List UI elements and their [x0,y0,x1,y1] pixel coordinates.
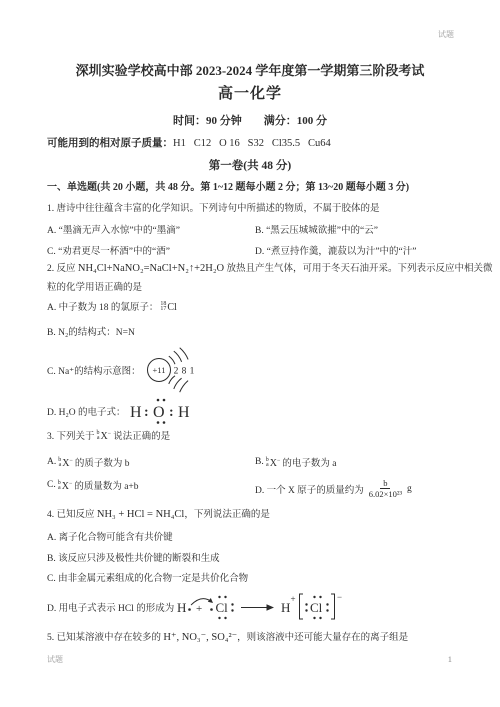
q1-option-a: A. “墨滴无声入水惊”中的“墨滴” [47,222,255,236]
q3-option-a-label: A. [47,457,56,467]
ion-charge: − [108,431,111,437]
exam-subject: 高一化学 [0,88,500,101]
lone-pair-dot [225,596,227,598]
q1-option-b: B. “黑云压城城欲摧”中的“云” [255,222,378,236]
h-ion: H [281,600,290,615]
atomic-masses-values: H1 C12 O 16 S32 Cl35.5 Cu64 [173,138,331,149]
lone-pair-dot [225,617,227,619]
element-symbol: X [62,481,69,492]
atomic-number: 17 [160,307,166,313]
x-nuclide-symbol: ba X − [97,431,112,442]
q3-stem-post: 说法正确的是 [113,428,170,442]
arrowhead [267,604,275,610]
atomic-number: a [58,486,61,492]
q3-option-b-text: 的电子数为 a [282,455,336,469]
lone-pair-dot [327,603,329,605]
lone-pair-dot [219,596,221,598]
h-atom: H [177,600,186,615]
ion-charge: − [69,481,72,487]
q3-option-a-text: 的质子数为 b [75,455,130,469]
q3-stem-pre: 3. 下列关于 [47,428,95,442]
q3-option-b: B. ba X − 的电子数为 a [255,455,336,469]
q2-option-a-text: A. 中子数为 18 的氯原子： [47,299,158,313]
nucleus-charge: +11 [152,365,165,375]
lone-pair-dot [306,609,308,611]
q2-stem-pre: 2. 反应 [47,264,78,274]
x-nuclide-symbol: ba X − [266,458,281,469]
fraction-denominator: 6.02×10²³ [367,489,404,499]
q3-stem: 3. 下列关于 ba X − 说法正确的是 [47,428,170,442]
lone-pair-dot [314,596,316,598]
element-symbol: X [62,458,69,469]
footer-watermark: 试题 [47,655,63,665]
q1-option-d: D. “煮豆持作羹，漉菽以为汁”中的“汁” [255,243,416,257]
nuclide-numbers: ba [58,481,61,492]
q5-stem-post: ，则该溶液中还可能大量存在的离子组是 [237,633,408,643]
lone-pair-dot [327,609,329,611]
q2-option-d: D. H₂O 的电子式： H : O : H [47,396,193,426]
ion-charge: − [337,592,342,602]
section-title: 一、单选题(共 20 小题，共 48 分。第 1~12 题每小题 2 分；第 1… [47,181,409,194]
lone-pair-dot [219,617,221,619]
q3-option-d: D. 一个 X 原子的质量约为 b 6.02×10²³ g [255,478,412,499]
q5-ions-formula: H⁺, NO₃⁻, SO₄²⁻ [163,632,237,643]
q2-stem-post: 放热且产生气体，可用于冬天石油开采。下列表示反应中相关微 [224,264,492,274]
watermark-top: 试题 [438,30,454,40]
h-atom-right: H [178,404,190,421]
o-atom: O [153,404,165,421]
arrowhead [208,598,213,603]
q3-option-a: A. ba X − 的质子数为 b [47,455,255,469]
nuclide-numbers: 1817 [160,302,166,313]
x-nuclide-symbol: ba X − [58,481,73,492]
lone-pair-dot [156,399,159,402]
shell-arc [168,376,174,384]
h-ion-charge: + [291,594,296,604]
q4-reaction-formula: NH₃ + HCl = NH₄Cl [97,509,184,520]
water-electron-formula: H : O : H [129,396,193,426]
q4-stem: 4. 已知反应 NH₃ + HCl = NH₄Cl，下列说法正确的是 [47,508,270,522]
volume-title: 第一卷(共 48 分) [0,160,500,173]
element-symbol: X [101,431,108,442]
page-number: 1 [448,654,452,664]
q5-stem: 5. 已知某溶液中存在较多的 H⁺, NO₃⁻, SO₄²⁻，则该溶液中还可能大… [47,631,408,645]
fraction-numerator: b [380,478,390,489]
q2-option-b: B. N₂的结构式：N=N [47,327,135,340]
plus-sign: + [196,603,202,615]
q5-stem-pre: 5. 已知某溶液中存在较多的 [47,633,163,643]
h-atom-left: H [130,404,142,421]
hcl-formation-electron-formula: H + Cl H + Cl [177,591,347,623]
q2-option-c-text: C. Na⁺的结构示意图： [47,363,141,377]
ion-charge: − [277,458,280,464]
lone-pair-dot [320,617,322,619]
shell2-electrons: 8 [181,367,186,377]
q3-option-d-text: D. 一个 X 原子的质量约为 [255,482,364,496]
q4-option-a: A. 离子化合物可能含有共价键 [47,532,173,545]
time-score-line: 时间：90 分钟 满分：100 分 [0,115,500,128]
shell3-electrons: 1 [189,367,194,377]
bond-pair-left: : [144,405,149,420]
x-nuclide-symbol: ba X − [58,458,73,469]
lone-pair-dot [162,421,165,424]
ion-charge: − [69,458,72,464]
atomic-number: a [97,436,100,442]
shell-arc [179,381,187,393]
q2-stem-line2: 粒的化学用语正确的是 [47,282,142,295]
q3-option-c-label: C. [47,480,56,490]
q1-options-cd: C. “劝君更尽一杯酒”中的“酒”D. “煮豆持作羹，漉菽以为汁”中的“汁” [47,243,477,257]
element-symbol: Cl [167,302,176,313]
shell-arc [173,351,181,362]
lone-pair-dot [232,609,234,611]
cl-electron-dot [210,608,213,611]
q3-options-ab: A. ba X − 的质子数为 b B. ba X − 的电子数为 a [47,455,477,469]
atomic-masses-line: 可能用到的相对原子质量：H1 C12 O 16 S32 Cl35.5 Cu64 [47,137,331,151]
shell-arc [168,356,174,364]
bond-pair-right: : [169,405,174,420]
q2-option-d-text: D. H₂O 的电子式： [47,404,126,418]
lone-pair-dot [162,399,165,402]
left-bracket [300,594,304,619]
shell-arc [173,378,181,389]
q2-stem-line1: 2. 反应 NH₄Cl+NaNO₂=NaCl+N₂↑+2H₂O 放热且产生气体，… [47,262,493,276]
q1-stem: 1. 唐诗中往往蕴含丰富的化学知识。下列诗句中所描述的物质，不属于胶体的是 [47,203,380,216]
element-symbol: X [270,458,277,469]
nuclide-numbers: ba [266,458,269,469]
cl-ion: Cl [310,600,323,615]
lone-pair-dot [156,421,159,424]
atomic-masses-label: 可能用到的相对原子质量： [47,138,173,149]
q3-option-c-text: 的质量数为 a+b [74,478,138,492]
shell1-electrons: 2 [173,367,178,377]
right-bracket [331,594,335,619]
atomic-number: a [266,463,269,469]
q3-options-cd: C. ba X − 的质量数为 a+b D. 一个 X 原子的质量约为 b 6.… [47,478,477,499]
chlorine-nuclide-symbol: 1817 Cl [160,302,176,313]
q4-option-b: B. 该反应只涉及极性共价键的断裂和生成 [47,553,220,566]
q4-option-d-text: D. 用电子式表示 HCl 的形成为 [47,600,174,614]
q3-option-c: C. ba X − 的质量数为 a+b [47,478,255,492]
h-electron-dot [188,608,191,611]
q2-option-c: C. Na⁺的结构示意图： +11 2 8 1 [47,347,198,393]
atomic-number: a [59,463,62,469]
shell-arc [179,348,187,360]
lone-pair-dot [306,603,308,605]
exam-title: 深圳实验学校高中部 2023-2024 学年度第一学期第三阶段考试 [0,64,500,77]
q3-option-b-label: B. [255,457,264,467]
lone-pair-dot [314,617,316,619]
q1-option-c: C. “劝君更尽一杯酒”中的“酒” [47,243,255,257]
q4-stem-pre: 4. 已知反应 [47,510,97,520]
mass-fraction: b 6.02×10²³ [367,478,404,499]
q2-reaction-formula: NH₄Cl+NaNO₂=NaCl+N₂↑+2H₂O [78,263,224,274]
atomic-structure-diagram: +11 2 8 1 [144,347,198,393]
lone-pair-dot [320,596,322,598]
nuclide-numbers: ba [58,458,61,469]
q4-option-d: D. 用电子式表示 HCl 的形成为 H + Cl H + Cl [47,590,347,624]
q4-stem-post: ，下列说法正确的是 [184,510,270,520]
lone-pair-dot [232,603,234,605]
q2-option-a: A. 中子数为 18 的氯原子： 1817 Cl [47,299,179,313]
q1-options-ab: A. “墨滴无声入水惊”中的“墨滴”B. “黑云压城城欲摧”中的“云” [47,222,477,236]
q4-option-c: C. 由非金属元素组成的化合物一定是共价化合物 [47,573,248,586]
cl-atom: Cl [216,600,229,615]
exam-paper-page: 试题 深圳实验学校高中部 2023-2024 学年度第一学期第三阶段考试 高一化… [0,0,500,707]
nuclide-numbers: ba [97,431,100,442]
q3-option-d-unit: g [407,484,412,494]
